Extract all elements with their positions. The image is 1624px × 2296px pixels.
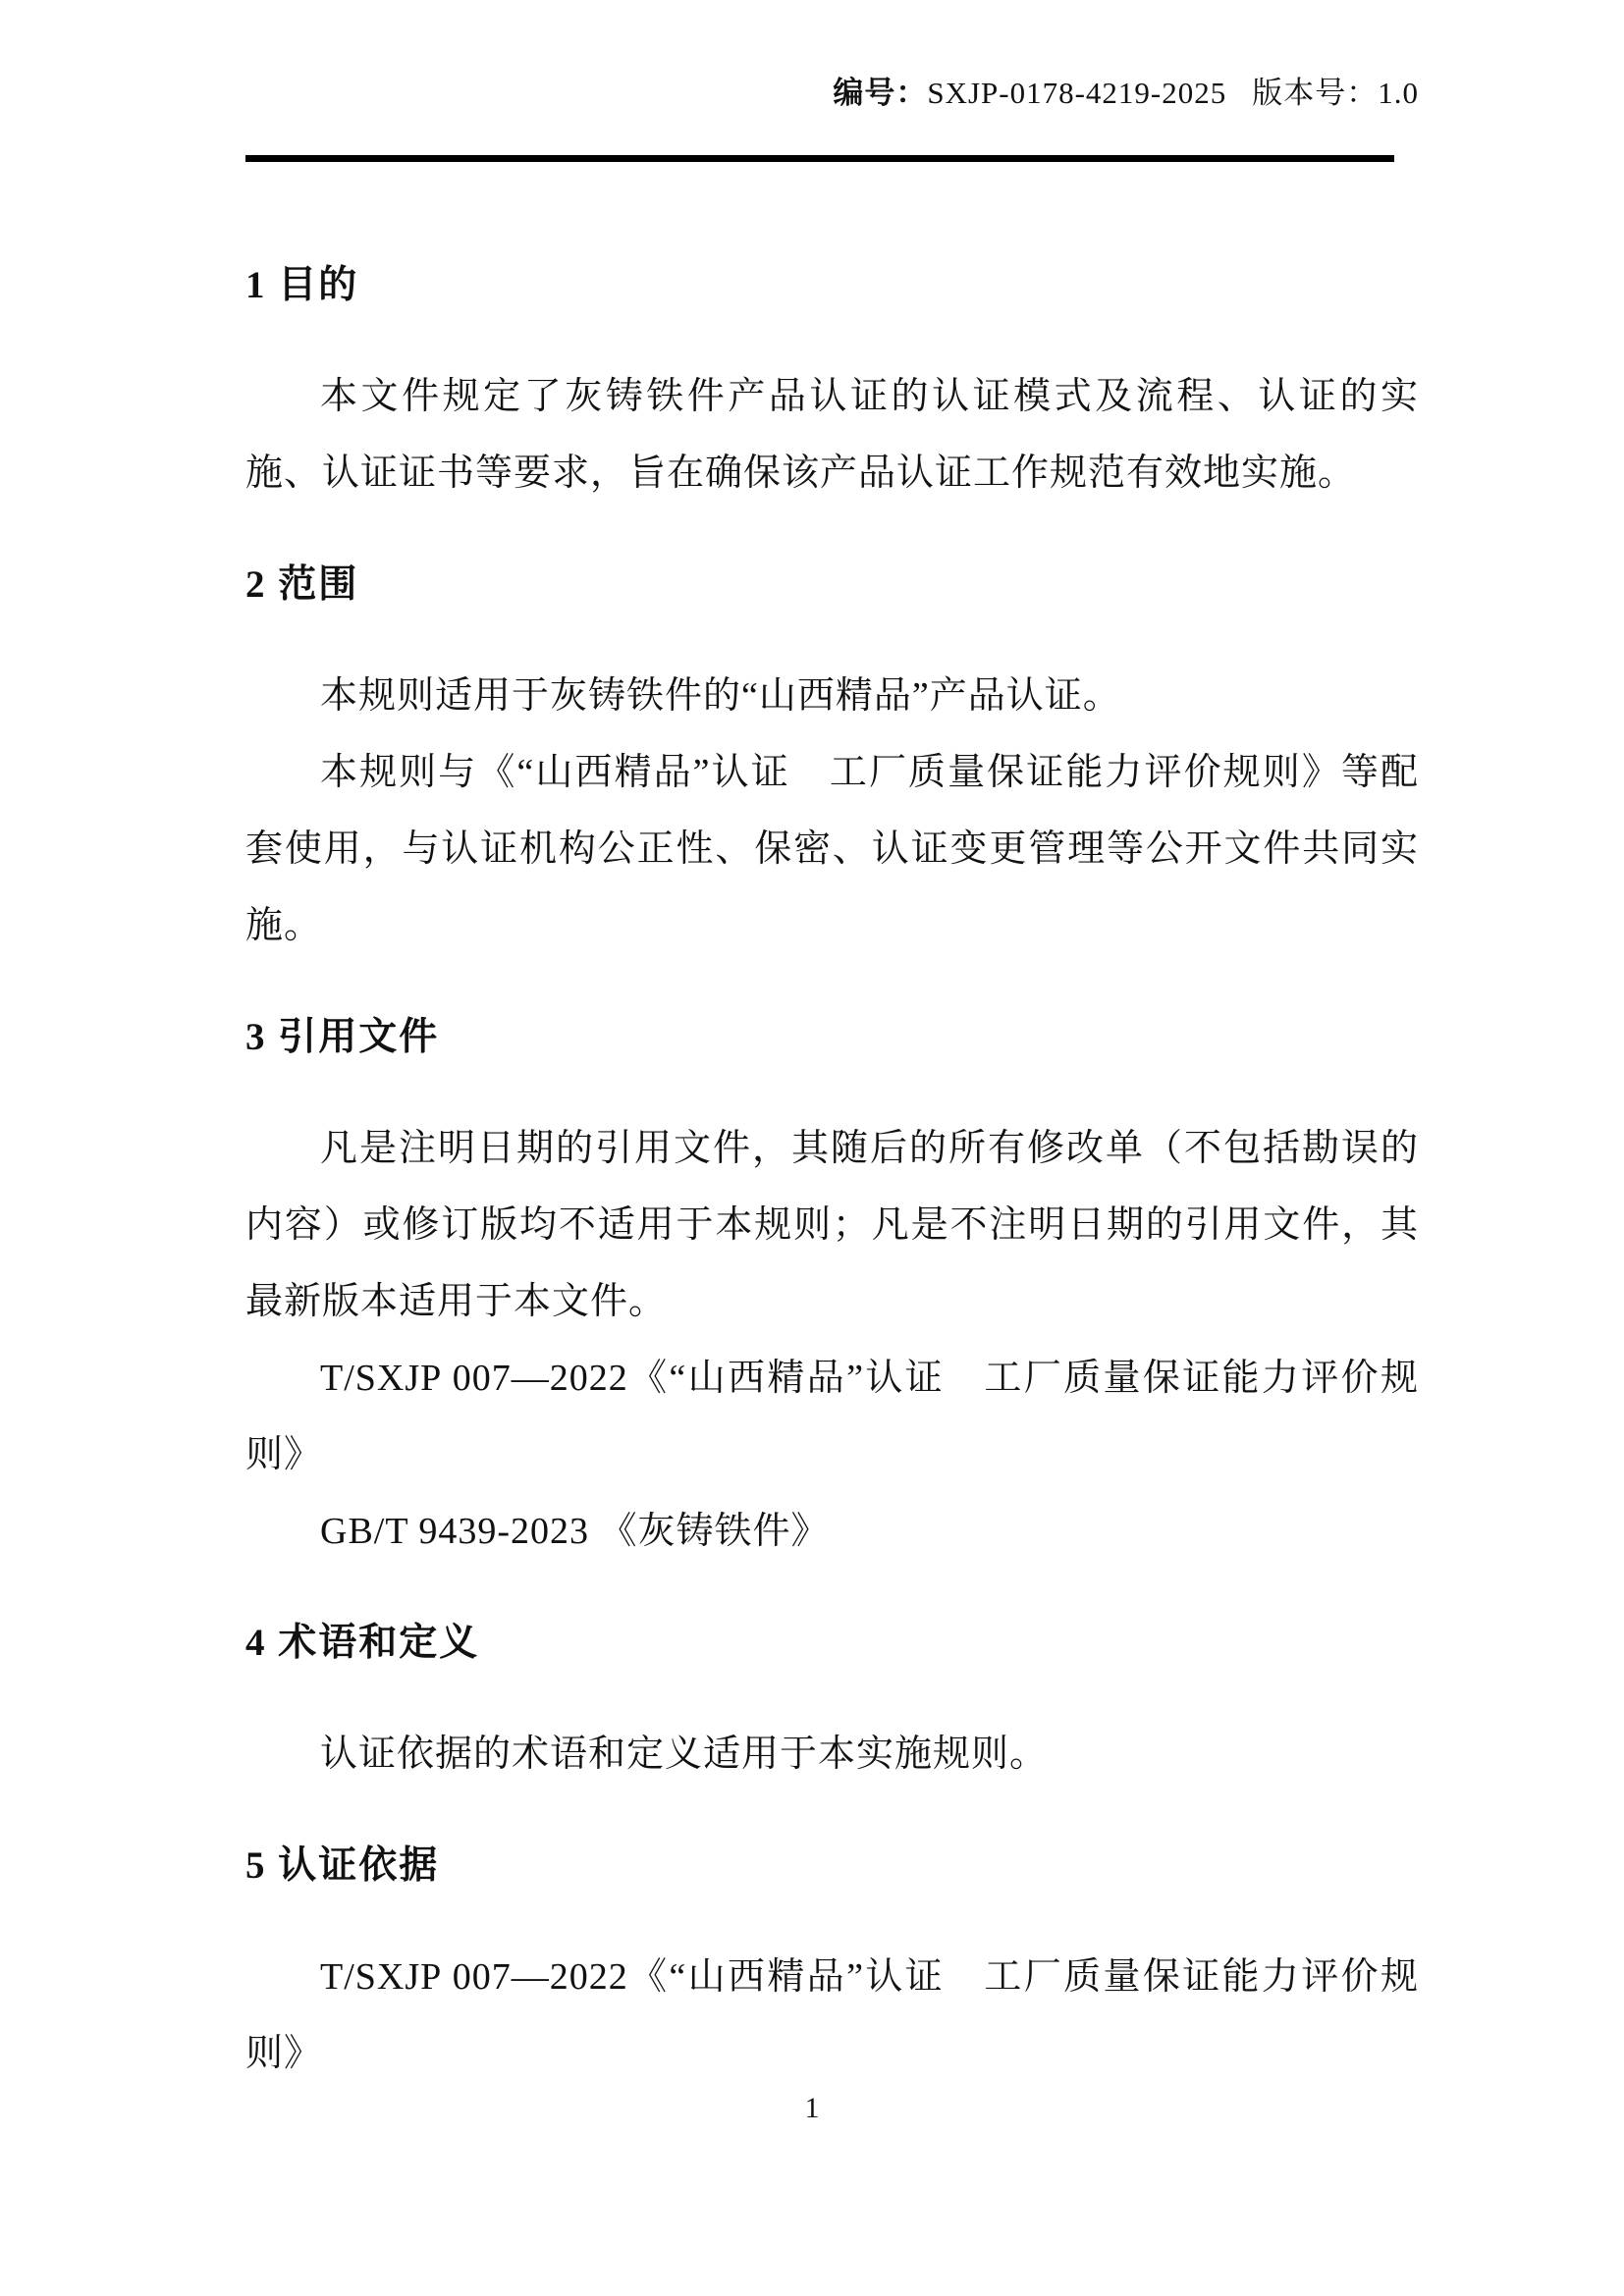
doc-version-value: 1.0 (1378, 76, 1419, 110)
document-page: 编号：SXJP-0178-4219-2025版本号：1.0 1 目的 本文件规定… (245, 0, 1419, 2092)
paragraph: GB/T 9439-2023 《灰铸铁件》 (245, 1493, 1419, 1570)
section-scope: 2 范围 本规则适用于灰铸铁件的“山西精品”产品认证。 本规则与《“山西精品”认… (245, 547, 1419, 964)
paragraph: T/SXJP 007—2022《“山西精品”认证 工厂质量保证能力评价规则》 (245, 1340, 1419, 1493)
header-divider-rule (245, 155, 1394, 162)
section-heading-2: 2 范围 (245, 547, 1419, 623)
doc-number-value: SXJP-0178-4219-2025 (927, 76, 1226, 110)
document-header: 编号：SXJP-0178-4219-2025版本号：1.0 (245, 0, 1419, 113)
page-number: 1 (0, 2089, 1624, 2128)
section-heading-3: 3 引用文件 (245, 999, 1419, 1076)
doc-number-label: 编号： (833, 76, 927, 110)
doc-version-label: 版本号： (1252, 76, 1378, 110)
section-purpose: 1 目的 本文件规定了灰铸铁件产品认证的认证模式及流程、认证的实施、认证证书等要… (245, 247, 1419, 511)
section-referenced-documents: 3 引用文件 凡是注明日期的引用文件，其随后的所有修改单（不包括勘误的内容）或修… (245, 999, 1419, 1570)
section-heading-4: 4 术语和定义 (245, 1605, 1419, 1682)
section-certification-basis: 5 认证依据 T/SXJP 007—2022《“山西精品”认证 工厂质量保证能力… (245, 1828, 1419, 2092)
section-heading-5: 5 认证依据 (245, 1828, 1419, 1904)
paragraph: T/SXJP 007—2022《“山西精品”认证 工厂质量保证能力评价规则》 (245, 1939, 1419, 2092)
section-heading-1: 1 目的 (245, 247, 1419, 324)
paragraph: 凡是注明日期的引用文件，其随后的所有修改单（不包括勘误的内容）或修订版均不适用于… (245, 1110, 1419, 1340)
paragraph: 本规则适用于灰铸铁件的“山西精品”产品认证。 (245, 658, 1419, 734)
paragraph: 认证依据的术语和定义适用于本实施规则。 (245, 1716, 1419, 1792)
paragraph: 本规则与《“山西精品”认证 工厂质量保证能力评价规则》等配套使用，与认证机构公正… (245, 734, 1419, 964)
paragraph: 本文件规定了灰铸铁件产品认证的认证模式及流程、认证的实施、认证证书等要求，旨在确… (245, 358, 1419, 511)
section-terms-definitions: 4 术语和定义 认证依据的术语和定义适用于本实施规则。 (245, 1605, 1419, 1792)
